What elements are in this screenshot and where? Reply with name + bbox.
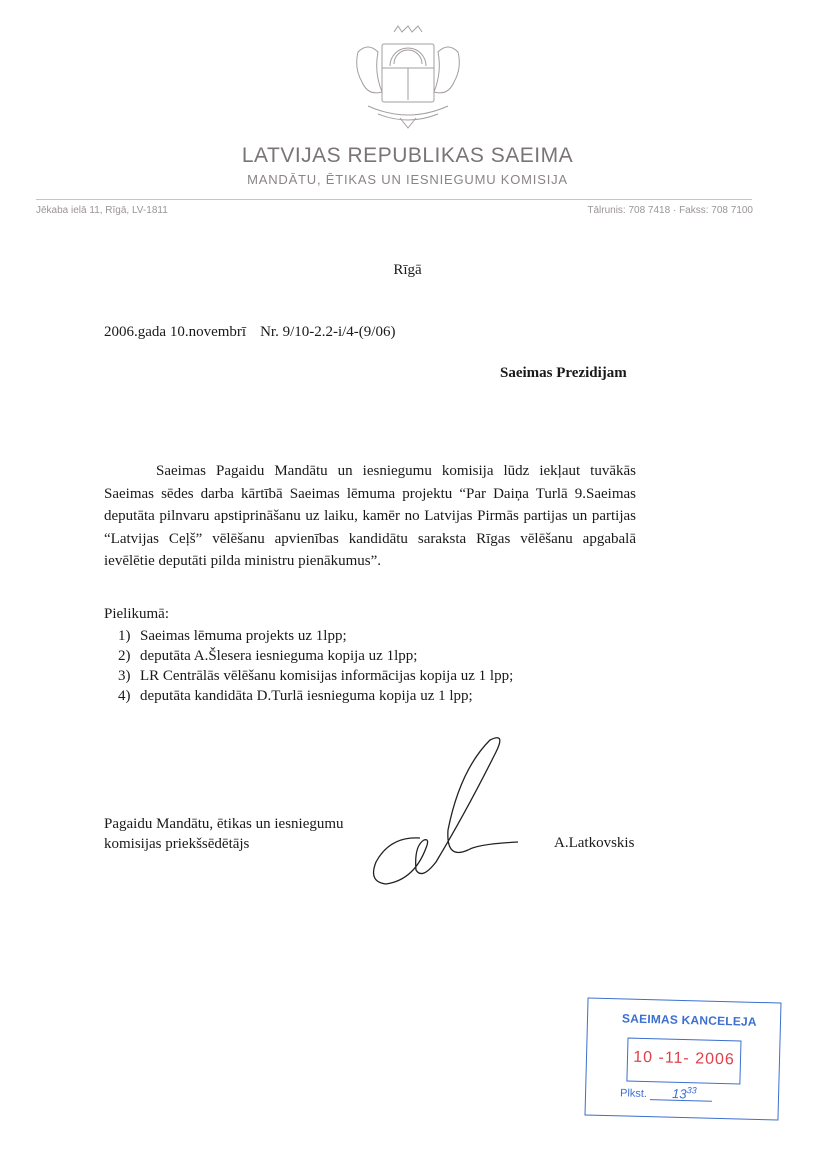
letter-city: Rīgā bbox=[0, 262, 815, 279]
letter-number: Nr. 9/10-2.2-i/4-(9/06) bbox=[260, 324, 395, 340]
stamp-time: 1333 bbox=[672, 1085, 697, 1102]
letter-body: Saeimas Pagaidu Mandātu un iesniegumu ko… bbox=[104, 460, 636, 573]
stamp-title: SAEIMAS KANCELEJA bbox=[622, 1011, 757, 1029]
letter-dateline: 2006.gada 10.novembrīNr. 9/10-2.2-i/4-(9… bbox=[104, 324, 395, 341]
list-item: 2)deputāta A.Šlesera iesnieguma kopija u… bbox=[118, 646, 513, 666]
letter-recipient: Saeimas Prezidijam bbox=[500, 365, 627, 382]
registry-stamp: SAEIMAS KANCELEJA 10 -11- 2006 Plkst. 13… bbox=[584, 997, 781, 1120]
letterhead-divider bbox=[36, 199, 752, 200]
stamp-date: 10 -11- 2006 bbox=[628, 1049, 740, 1070]
attachments-list: 1)Saeimas lēmuma projekts uz 1lpp; 2)dep… bbox=[118, 626, 513, 706]
list-item: 4)deputāta kandidāta D.Turlā iesnieguma … bbox=[118, 686, 513, 706]
list-item: 3)LR Centrālās vēlēšanu komisijas inform… bbox=[118, 666, 513, 686]
signatory-title: Pagaidu Mandātu, ētikas un iesniegumu ko… bbox=[104, 814, 344, 854]
letterhead-contacts: Tālrunis: 708 7418 · Fakss: 708 7100 bbox=[587, 205, 753, 216]
letterhead-title: LATVIJAS REPUBLIKAS SAEIMA bbox=[0, 144, 815, 168]
letter-date: 2006.gada 10.novembrī bbox=[104, 324, 246, 340]
list-item: 1)Saeimas lēmuma projekts uz 1lpp; bbox=[118, 626, 513, 646]
letterhead-address: Jēkaba ielā 11, Rīgā, LV-1811 bbox=[36, 205, 168, 216]
signatory-name: A.Latkovskis bbox=[554, 835, 634, 852]
stamp-time-label: Plkst. bbox=[620, 1087, 647, 1100]
stamp-date-box: 10 -11- 2006 bbox=[626, 1038, 741, 1085]
letter-body-paragraph: Saeimas Pagaidu Mandātu un iesniegumu ko… bbox=[104, 460, 636, 573]
letterhead-subtitle: MANDĀTU, ĒTIKAS UN IESNIEGUMU KOMISIJA bbox=[0, 172, 815, 187]
handwritten-signature-icon bbox=[362, 730, 522, 890]
coat-of-arms-icon bbox=[338, 22, 478, 130]
attachments-heading: Pielikumā: bbox=[104, 606, 169, 623]
